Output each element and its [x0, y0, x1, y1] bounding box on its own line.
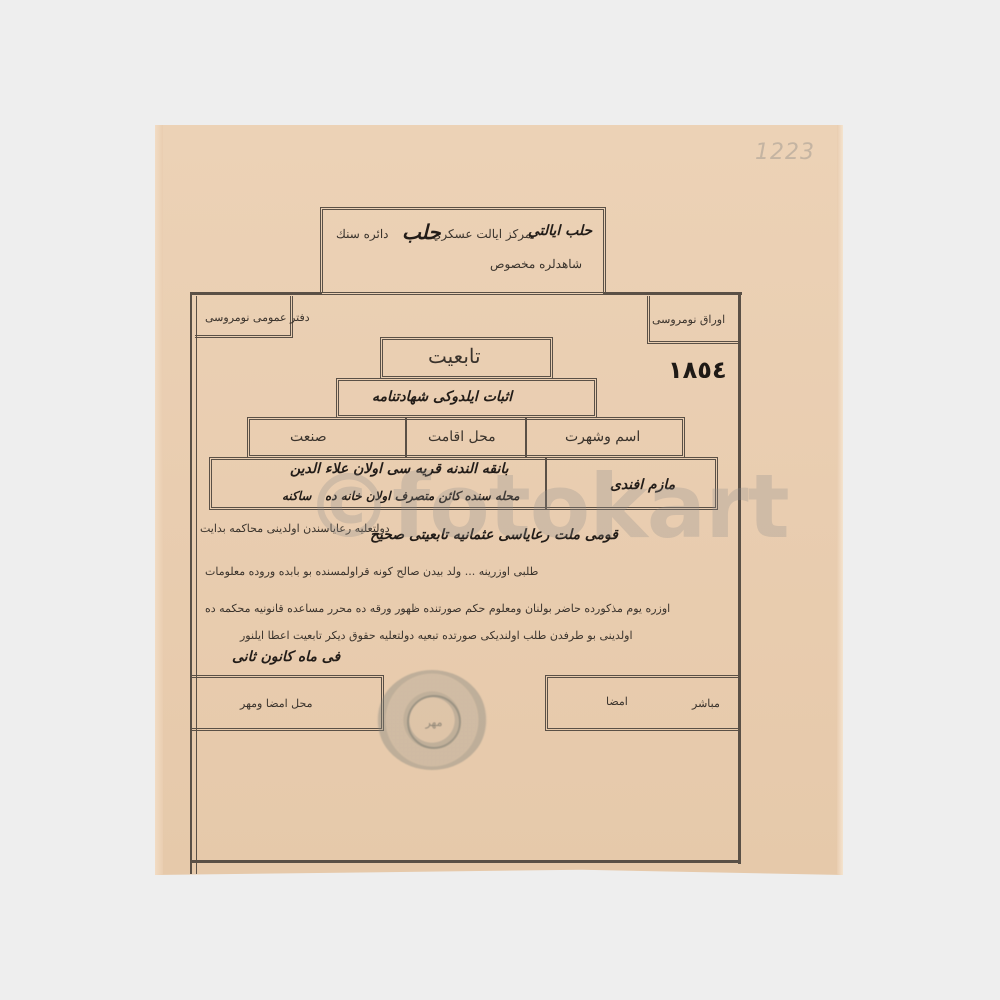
right-label: اوراق نومروسى	[652, 314, 725, 325]
document-title: تابعيت	[428, 346, 481, 366]
document-subtitle: اثبات ايلدوكى شهادتنامه	[372, 390, 512, 404]
seal-inscription: مهر	[407, 695, 461, 749]
entry-residence-line1: بانقه الندنه قريه سى اولان علاء الدين	[290, 462, 509, 476]
entry-profession: ساكنه	[282, 490, 311, 502]
document-number: ١٨٥٤	[668, 356, 727, 384]
frame-left-inner	[196, 296, 197, 874]
header-line1-middle: مركز ايالت عسكري	[432, 228, 531, 240]
entry-divider	[545, 457, 547, 510]
official-seal: مهر	[377, 670, 487, 770]
body-line-5: اولدينى بو طرفدن طلب اولنديكى صورتده تبع…	[240, 630, 633, 641]
frame-top-left	[190, 292, 322, 295]
frame-right	[738, 292, 741, 864]
frame-bottom	[192, 860, 741, 863]
header-line1-left: دائره سنك	[336, 228, 389, 240]
column-header-profession: صنعت	[290, 430, 327, 444]
header-line2: شاهدلره مخصوص	[490, 258, 582, 270]
frame-top-right	[603, 292, 742, 295]
header-box	[320, 207, 606, 295]
left-label: دفتر عمومى نومروسى	[205, 312, 310, 323]
column-header-name: اسم وشهرت	[565, 430, 640, 444]
entry-name: مازم افندى	[610, 478, 675, 492]
body-line-4: اوزره يوم مذكورده حاضر بولنان ومعلوم حكم…	[205, 603, 670, 614]
entry-residence-line2: محله سنده كائن متصرف اولان خانه ده	[325, 490, 520, 502]
column-divider-1	[405, 417, 407, 458]
body-line-1: قومى ملت رعاياسى عثمانيه تابعيتى صحيح	[370, 528, 618, 542]
officer-label: مباشر	[692, 698, 720, 709]
header-line1-right: حلب ايالتي	[528, 224, 592, 238]
header-city-handwritten: حلب	[402, 222, 441, 242]
column-header-residence: محل اقامت	[428, 430, 496, 444]
frame-left-outer	[190, 292, 192, 874]
column-divider-2	[525, 417, 527, 458]
signature-seal-label: محل امضا ومهر	[240, 698, 313, 709]
body-line-3: طلبى اوزرينه ... ولد بيدن صالح كونه قراو…	[205, 566, 538, 577]
body-line-2: دولتعليه رعاياسندن اولدينى محاكمه بدايت	[200, 523, 390, 534]
officer-signature-label: امضا	[606, 696, 628, 707]
signature-line: فى ماه كانون ثانى	[232, 650, 340, 664]
archive-number: 1223	[755, 140, 815, 165]
